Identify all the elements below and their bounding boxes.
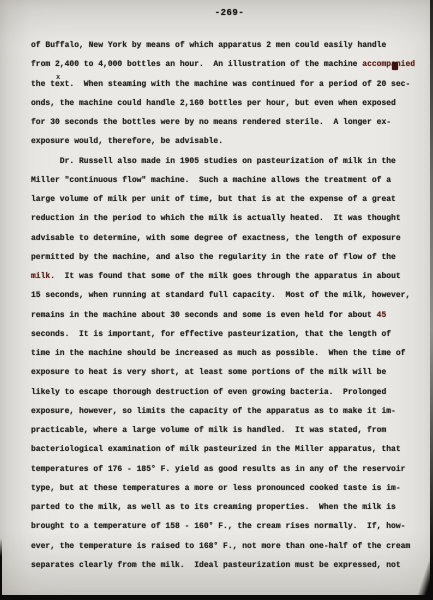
scan-edge-left bbox=[0, 538, 2, 600]
text-line: exposure would, therefore, be advisable. bbox=[31, 132, 415, 151]
scanned-document-page: -269- x of Buffalo, New York by means of… bbox=[0, 0, 433, 600]
text-line: exposure, however, so limits the capacit… bbox=[31, 402, 415, 421]
text-line: bacteriological examination of milk past… bbox=[31, 440, 415, 459]
text-line: of Buffalo, New York by means of which a… bbox=[31, 36, 415, 55]
text-line: ever, the temperature is raised to 168° … bbox=[31, 537, 415, 556]
page-number: -269- bbox=[0, 8, 433, 18]
text-line: 15 seconds, when running at standard ful… bbox=[31, 286, 415, 305]
text-line: seconds. It is important, for effective … bbox=[31, 325, 415, 344]
text-line: time in the machine should be increased … bbox=[31, 344, 415, 363]
text-line: reduction in the period to which the mil… bbox=[31, 209, 415, 228]
text-line: large volume of milk per unit of time, b… bbox=[31, 190, 415, 209]
text-line: the text. When steaming with the machine… bbox=[31, 75, 415, 94]
scan-edge-bottom bbox=[0, 595, 433, 600]
text-line: temperatures of 176 - 185° F. yield as g… bbox=[31, 460, 415, 479]
text-line: onds, the machine could handle 2,160 bot… bbox=[31, 94, 415, 113]
text-line: practicable, where a large volume of mil… bbox=[31, 421, 415, 440]
text-line: parted to the milk, as well as to its cr… bbox=[31, 498, 415, 517]
text-line: exposure to heat is very short, at least… bbox=[31, 363, 415, 382]
text-line: Dr. Russell also made in 1905 studies on… bbox=[31, 152, 415, 171]
scan-corner-bottom-right bbox=[417, 552, 433, 600]
text-line: for 30 seconds the bottles were by no me… bbox=[31, 113, 415, 132]
text-line: type, but at these temperatures a more o… bbox=[31, 479, 415, 498]
text-line: remains in the machine about 30 seconds … bbox=[31, 306, 415, 325]
text-line: permitted by the machine, and also the r… bbox=[31, 248, 415, 267]
ink-smudge bbox=[392, 62, 398, 70]
text-line: brought to a temperature of 158 - 160° F… bbox=[31, 517, 415, 536]
text-line: separates clearly from the milk. Ideal p… bbox=[31, 556, 415, 575]
text-line: likely to escape thorough destruction of… bbox=[31, 383, 415, 402]
text-line: Miller "continuous flow" machine. Such a… bbox=[31, 171, 415, 190]
text-line: milk. It was found that some of the milk… bbox=[31, 267, 415, 286]
text-line: advisable to determine, with some degree… bbox=[31, 229, 415, 248]
text-line: from 2,400 to 4,000 bottles an hour. An … bbox=[31, 55, 415, 74]
body-text: of Buffalo, New York by means of which a… bbox=[31, 36, 415, 575]
